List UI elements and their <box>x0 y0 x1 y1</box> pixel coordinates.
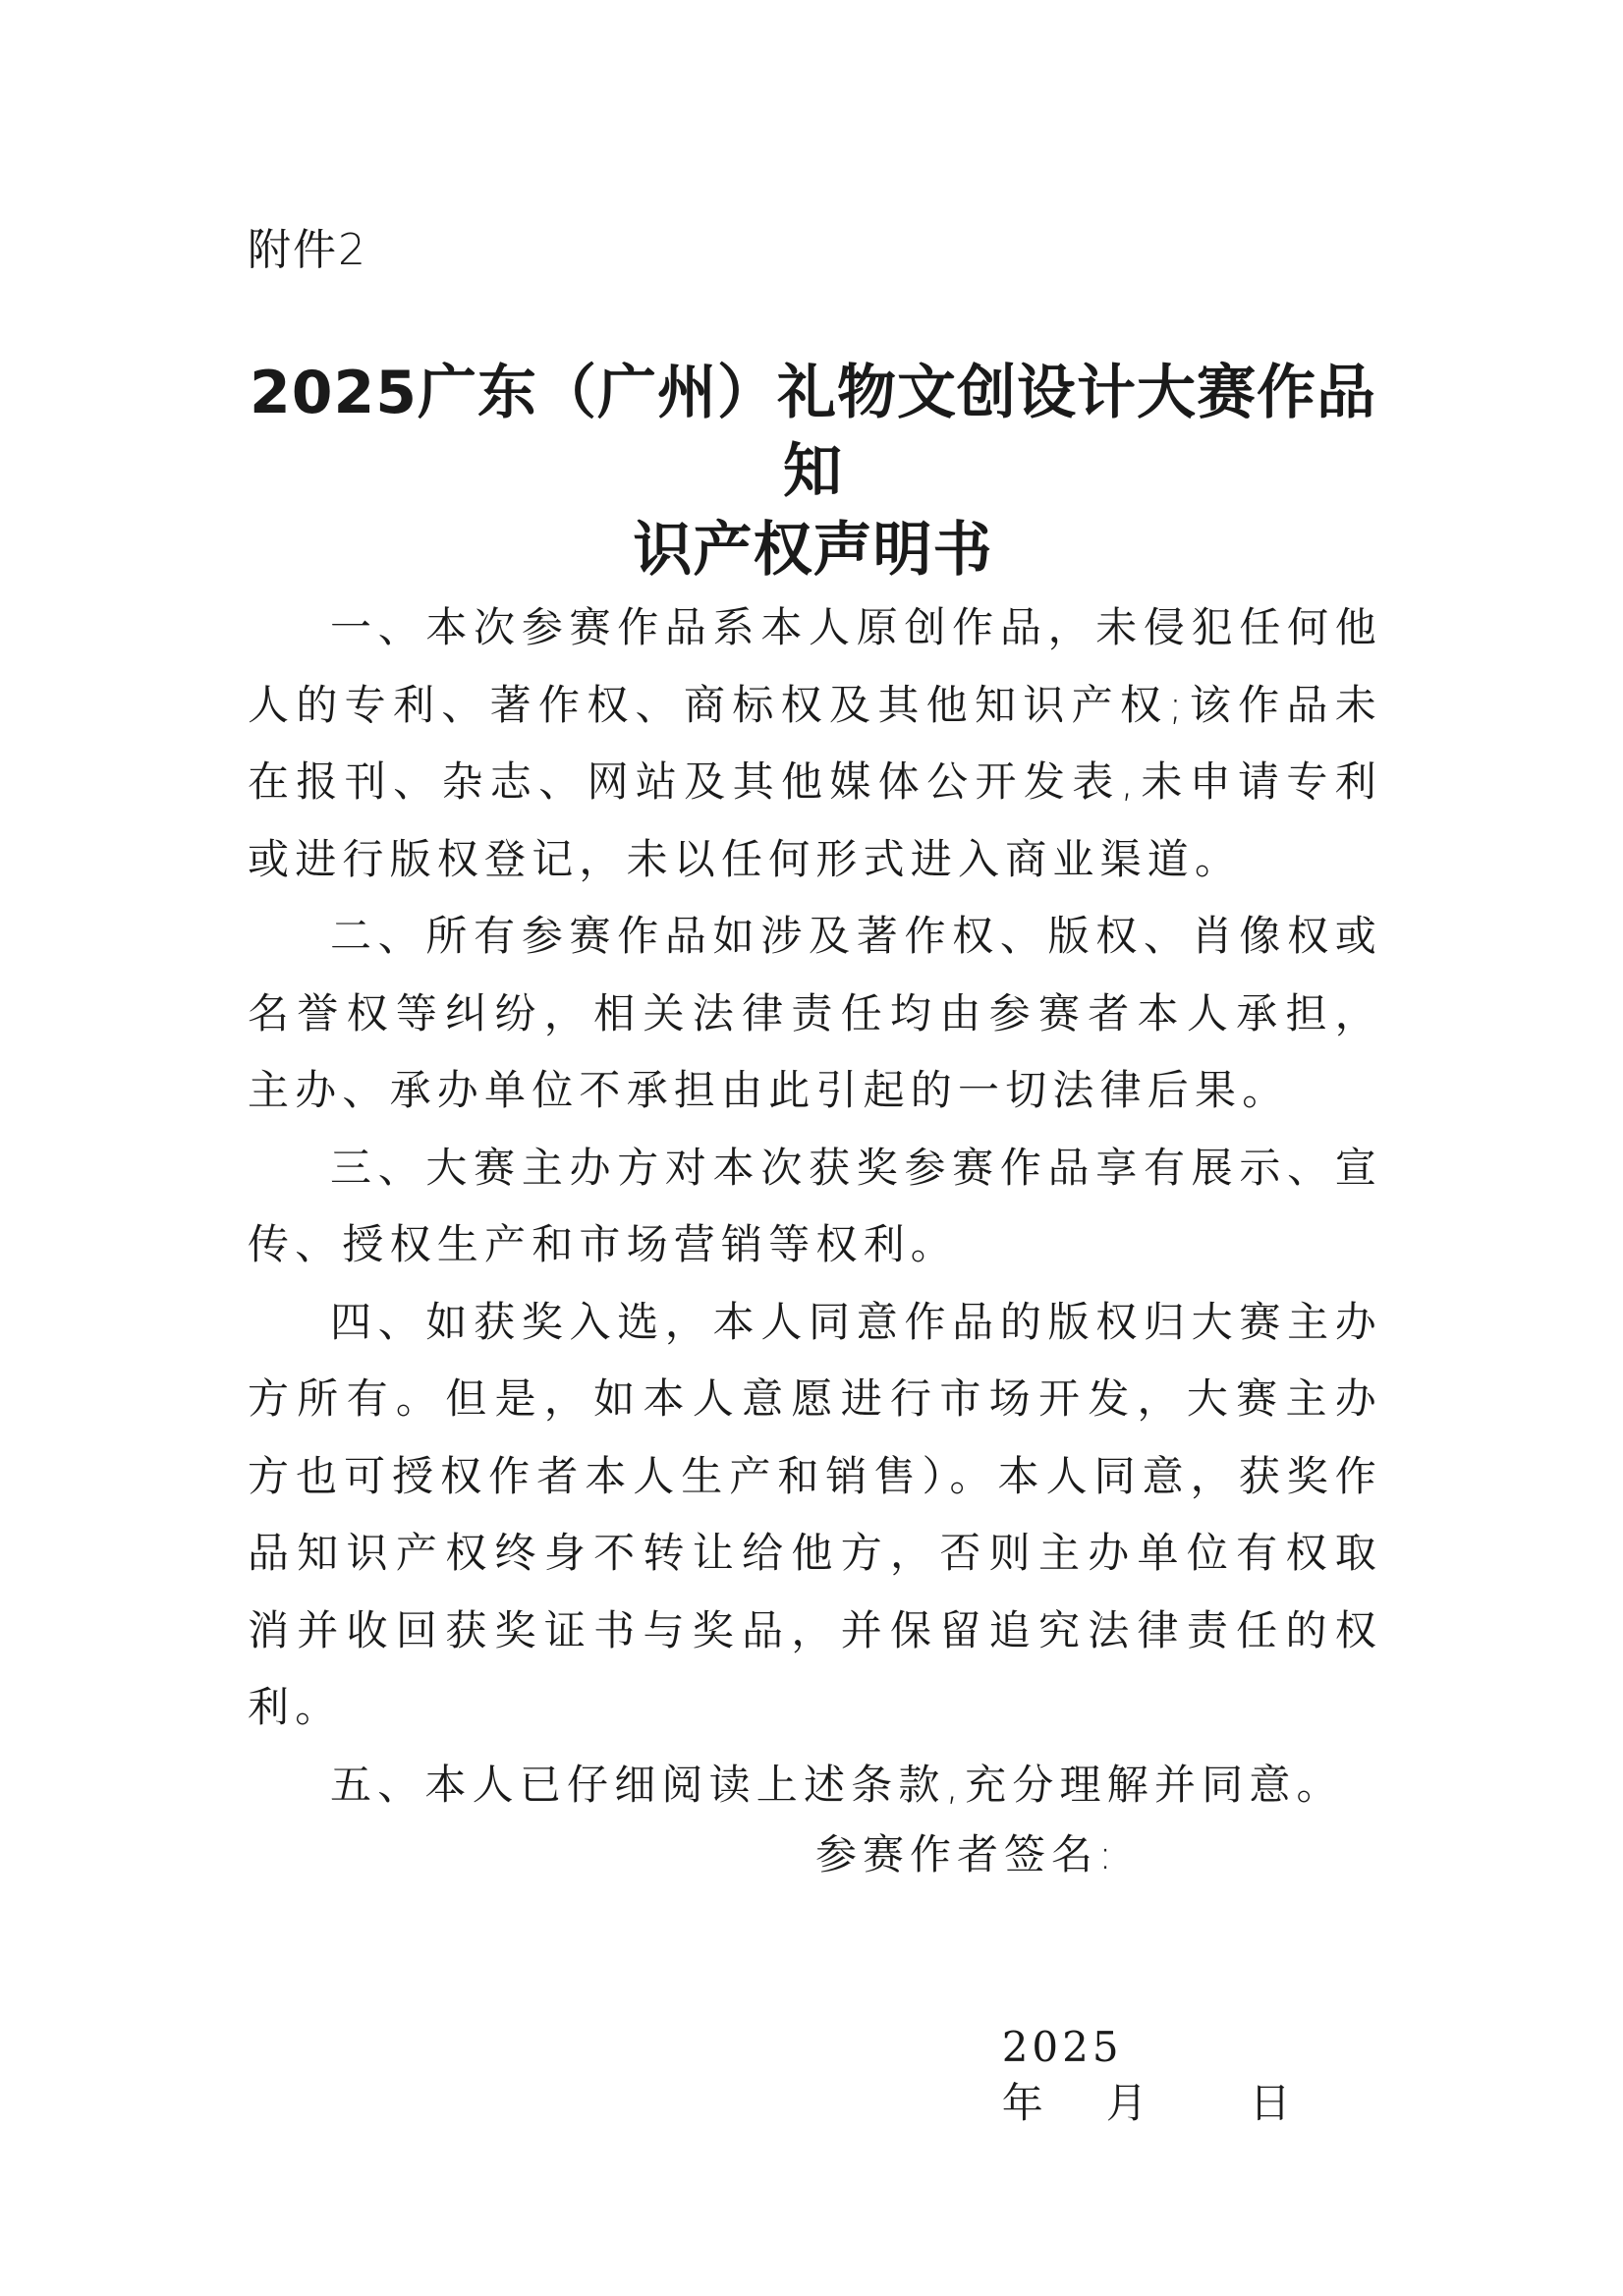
clause-3: 三、大赛主办方对本次获奖参赛作品享有展示、宣传、授权生产和市场营销等权利。 <box>248 1130 1382 1284</box>
date-year: 2025 <box>1002 2023 1123 2071</box>
clause-2: 二、所有参赛作品如涉及著作权、版权、肖像权或名誉权等纠纷，相关法律责任均由参赛者… <box>248 898 1382 1130</box>
declaration-body: 一、本次参赛作品系本人原创作品，未侵犯任何他人的专利、著作权、商标权及其他知识产… <box>248 589 1382 1823</box>
signature-date: 2025 年月日 <box>968 1975 1295 2130</box>
title-line-1: 2025广东（广州）礼物文创设计大赛作品知 <box>236 354 1390 511</box>
title-line-2: 识产权声明书 <box>236 511 1390 589</box>
clause-5: 五、本人已仔细阅读上述条款,充分理解并同意。 <box>248 1747 1382 1824</box>
document-title: 2025广东（广州）礼物文创设计大赛作品知 识产权声明书 <box>236 354 1390 589</box>
attachment-label: 附件2 <box>248 214 367 277</box>
signature-label: 参赛作者签名: <box>815 1822 1118 1881</box>
clause-1: 一、本次参赛作品系本人原创作品，未侵犯任何他人的专利、著作权、商标权及其他知识产… <box>248 589 1382 898</box>
date-month-unit: 月 <box>1106 2071 1151 2130</box>
clause-4: 四、如获奖入选，本人同意作品的版权归大赛主办方所有。但是，如本人意愿进行市场开发… <box>248 1284 1382 1747</box>
date-year-unit: 年 <box>1002 2071 1047 2130</box>
date-day-unit: 日 <box>1250 2071 1295 2130</box>
